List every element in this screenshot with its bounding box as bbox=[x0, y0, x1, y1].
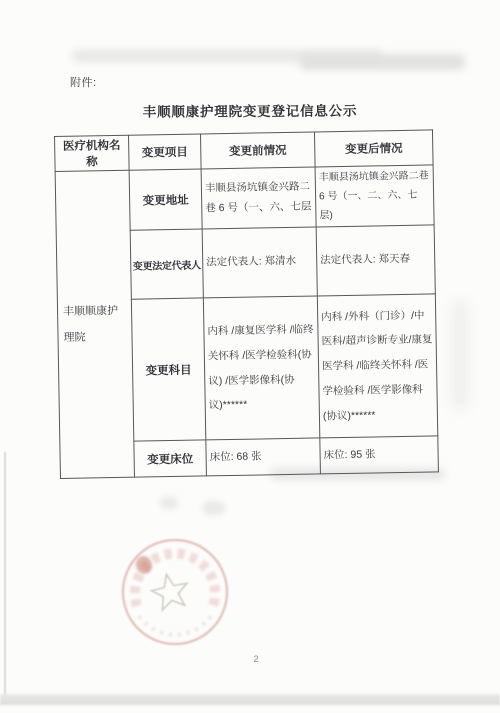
address-after-cell: 丰顺县汤坑镇金兴路二巷 6 号（一、二、六、七层) bbox=[315, 165, 434, 227]
row-label-beds: 变更床位 bbox=[134, 440, 207, 477]
column-header-institution: 医疗机构名称 bbox=[55, 135, 130, 171]
attachment-label: 附件: bbox=[70, 74, 97, 90]
row-label-departments: 变更科目 bbox=[131, 298, 205, 441]
bleedthrough-smudge bbox=[452, 300, 468, 410]
seal-arc-text-bottom bbox=[139, 616, 211, 635]
scan-edge-shadow-bottom bbox=[0, 694, 500, 705]
bleedthrough-smudge bbox=[160, 497, 178, 509]
legal-representative-after-cell: 法定代表人: 郑天春 bbox=[316, 225, 435, 296]
scan-edge-shadow-left bbox=[4, 452, 6, 704]
bleedthrough-smudge bbox=[72, 50, 382, 62]
beds-before-cell: 床位: 68 张 bbox=[206, 438, 321, 476]
departments-before-cell: 内科 /康复医学科 /临终关怀科 /医学检验科(协议) /医学影像科(协议)**… bbox=[203, 296, 319, 440]
column-header-before: 变更前情况 bbox=[200, 132, 315, 169]
star-icon bbox=[149, 571, 191, 612]
legal-representative-before-cell: 法定代表人: 郑清水 bbox=[202, 227, 317, 298]
departments-after-cell: 内科 /外科（门诊）/中医科/超声诊断专业/康复医学科 /临终关怀科 /医学检验… bbox=[317, 294, 437, 438]
page-number: 2 bbox=[0, 654, 500, 664]
beds-after-cell: 床位: 95 张 bbox=[320, 436, 439, 474]
document-title: 丰顺顺康护理院变更登记信息公示 bbox=[0, 99, 500, 122]
row-label-legal-representative: 变更法定代表人 bbox=[130, 229, 203, 299]
column-header-change-item: 变更项目 bbox=[129, 134, 202, 170]
bleedthrough-smudge bbox=[300, 54, 465, 70]
row-label-address: 变更地址 bbox=[129, 169, 202, 230]
official-seal bbox=[119, 536, 231, 648]
table-row-address: 丰顺顺康护理院 变更地址 丰顺县汤坑镇金兴路二巷 6 号（一、六、七层 丰顺县汤… bbox=[55, 165, 434, 232]
institution-name-cell: 丰顺顺康护理院 bbox=[55, 170, 134, 478]
change-registration-table: 医疗机构名称 变更项目 变更前情况 变更后情况 丰顺顺康护理院 变更地址 丰顺县… bbox=[54, 129, 439, 479]
bleedthrough-smudge bbox=[203, 501, 225, 515]
address-before-cell: 丰顺县汤坑镇金兴路二巷 6 号（一、六、七层 bbox=[201, 167, 316, 229]
column-header-after: 变更后情况 bbox=[314, 130, 433, 167]
scanned-page: 附件: 丰顺顺康护理院变更登记信息公示 医疗机构名称 变更项目 变更前情况 变更… bbox=[0, 0, 500, 713]
